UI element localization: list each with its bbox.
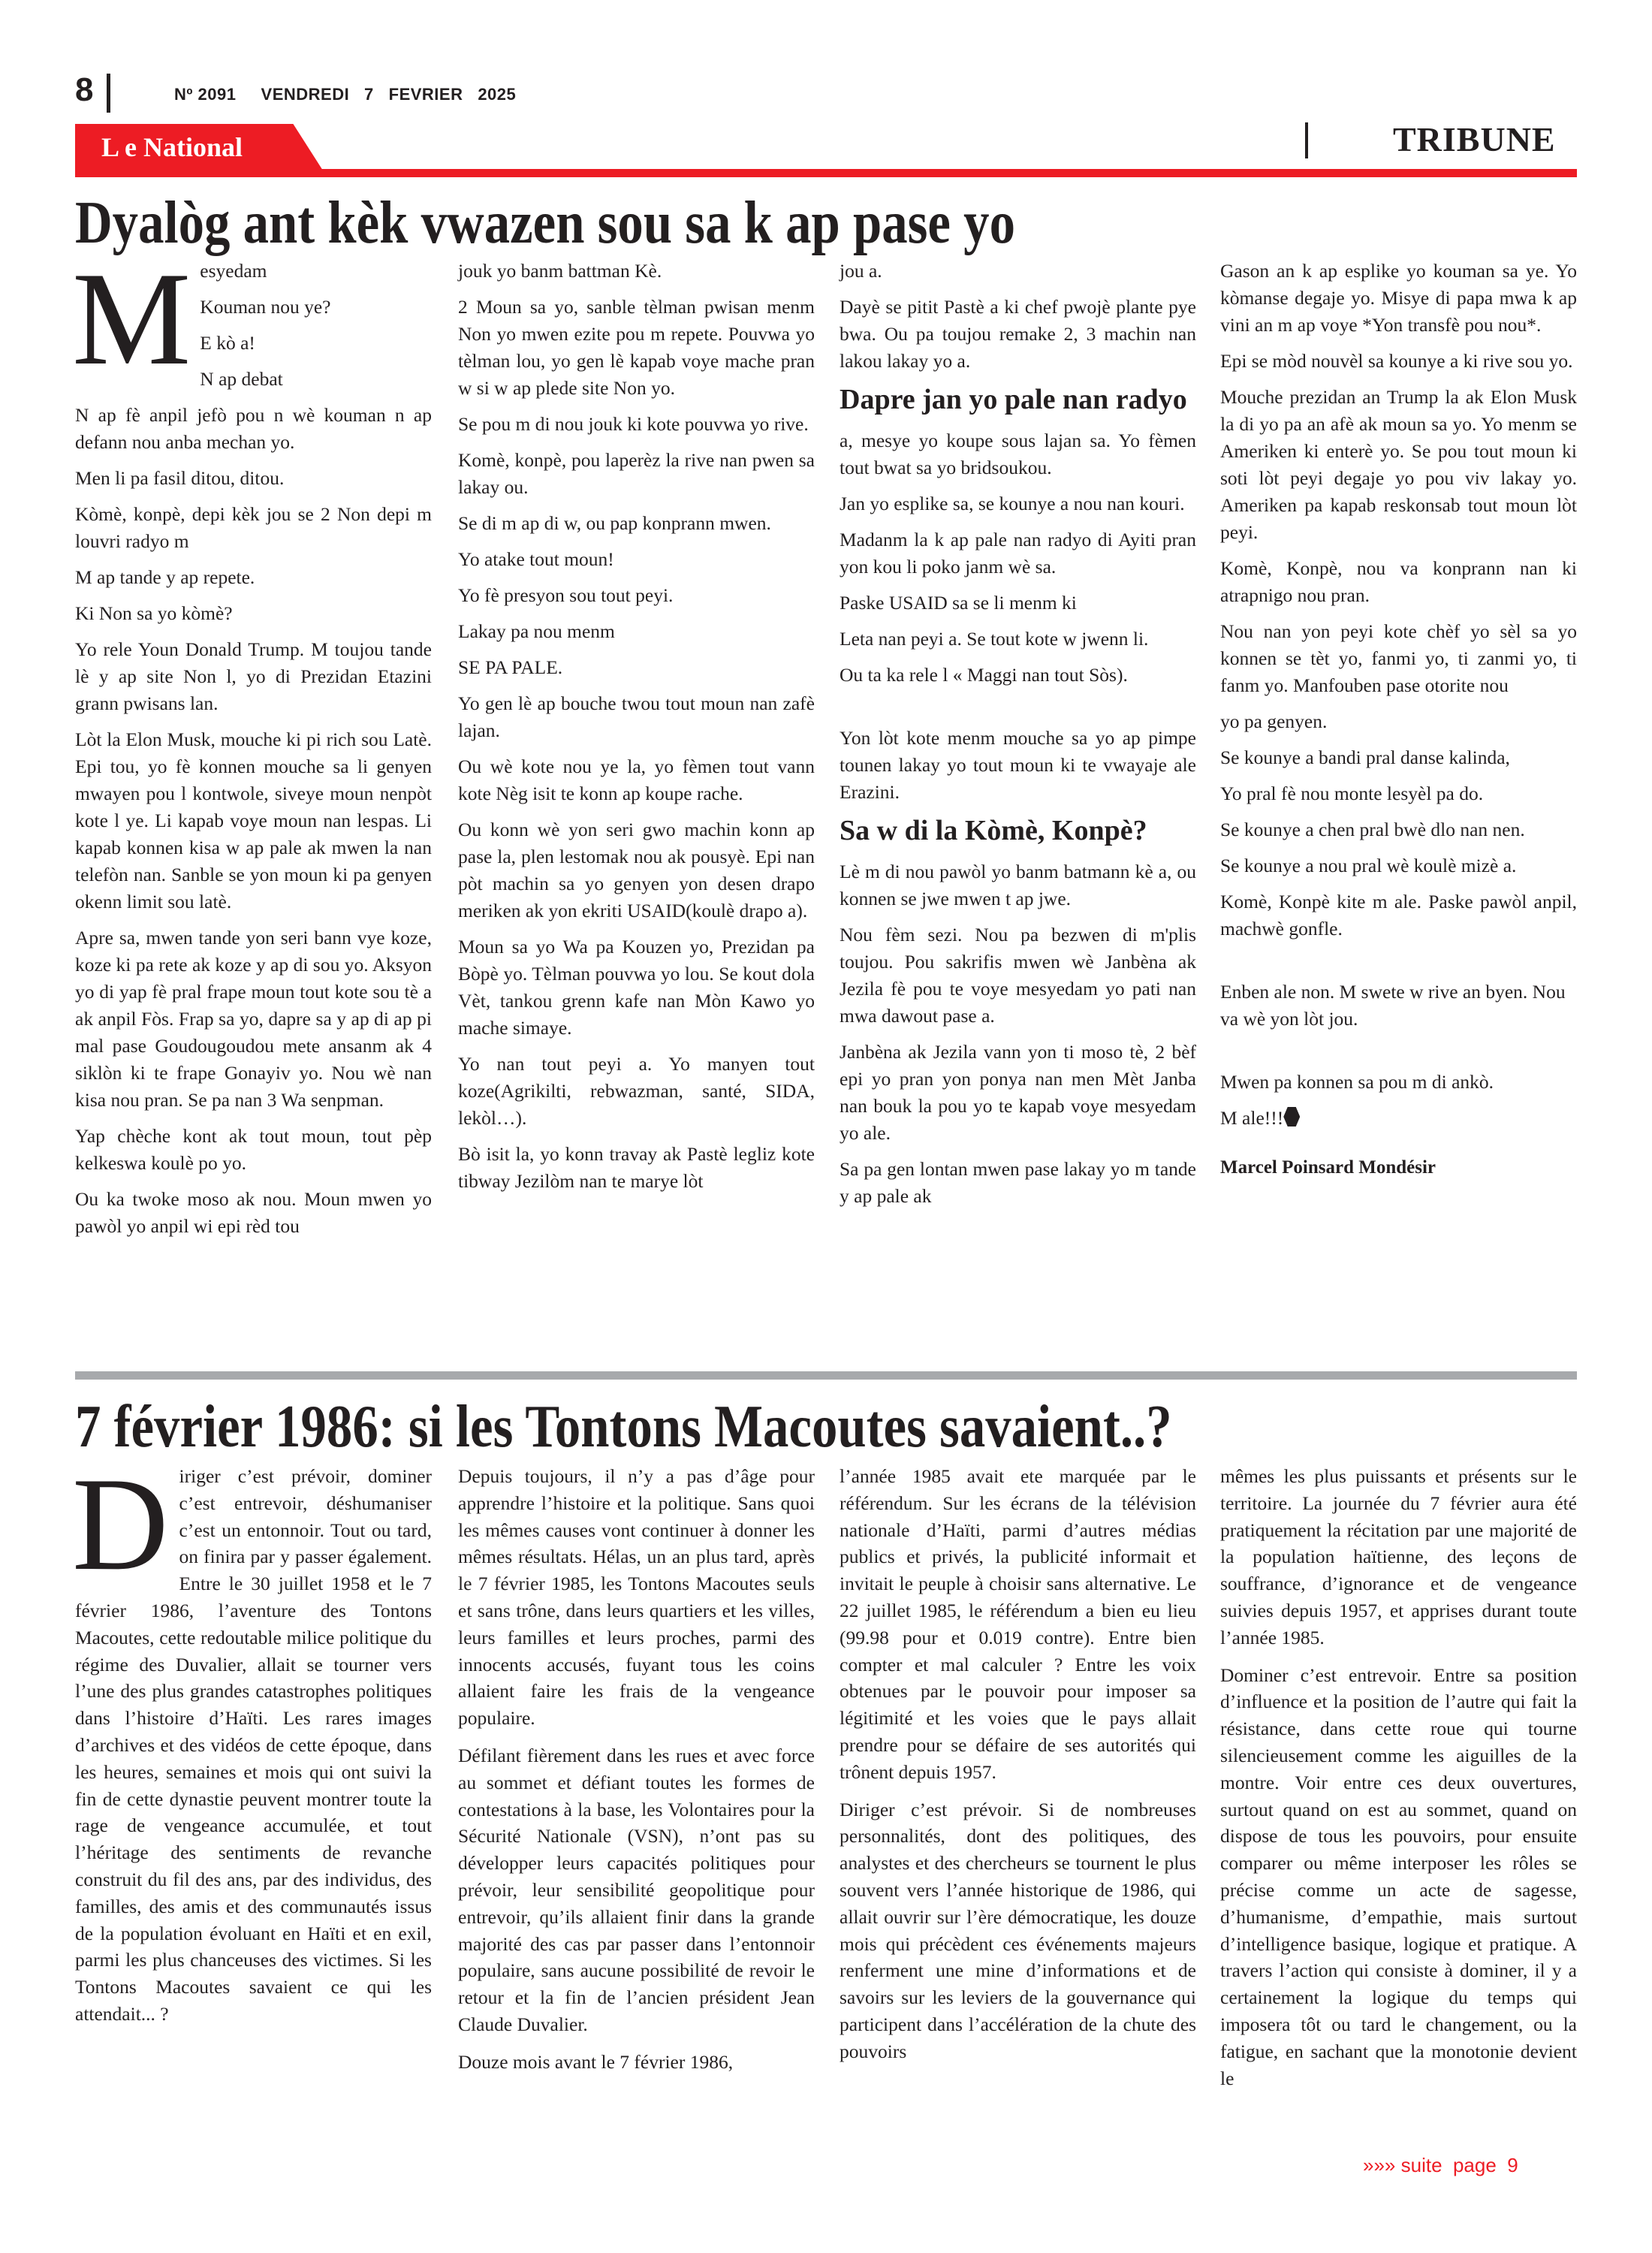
paragraph: SE PA PALE.	[458, 654, 815, 681]
paragraph: Nou nan yon peyi kote chèf yo sèl sa yo …	[1220, 618, 1577, 699]
paragraph: Yo pral fè nou monte lesyèl pa do.	[1220, 780, 1577, 807]
paragraph: Mouche prezidan an Trump la ak Elon Musk…	[1220, 384, 1577, 546]
paragraph: mêmes les plus puissants et présents sur…	[1220, 1463, 1577, 1651]
paragraph: Ou ka twoke moso ak nou. Moun mwen yo pa…	[75, 1186, 432, 1240]
paragraph: Se pou m di nou jouk ki kote pouvwa yo r…	[458, 411, 815, 438]
article1-column-4: Gason an k ap esplike yo kouman sa ye. Y…	[1220, 258, 1577, 1354]
paragraph: Kòmè, konpè, depi kèk jou se 2 Non depi …	[75, 501, 432, 555]
paragraph: Yo rele Youn Donald Trump. M toujou tand…	[75, 636, 432, 717]
article2-column-3: l’année 1985 avait ete marquée par le ré…	[840, 1463, 1196, 2154]
article2-column-2: Depuis toujours, il n’y a pas d’âge pour…	[458, 1463, 815, 2154]
article1-column-2: jouk yo banm battman Kè. 2 Moun sa yo, s…	[458, 258, 815, 1354]
paragraph: Ou wè kote nou ye la, yo fèmen tout vann…	[458, 753, 815, 807]
article2-column-4: mêmes les plus puissants et présents sur…	[1220, 1463, 1577, 2154]
subheading: Sa w di la Kòmè, Konpè?	[840, 816, 1196, 845]
paragraph: Bò isit la, yo konn travay ak Pastè legl…	[458, 1141, 815, 1195]
paragraph: Moun sa yo Wa pa Kouzen yo, Prezidan pa …	[458, 933, 815, 1042]
paragraph: Se kounye a nou pral wè koulè mizè a.	[1220, 852, 1577, 879]
paragraph: Yo gen lè ap bouche twou tout moun nan z…	[458, 690, 815, 744]
paragraph: Yo fè presyon sou tout peyi.	[458, 582, 815, 609]
paragraph: Jan yo esplike sa, se kounye a nou nan k…	[840, 490, 1196, 517]
paragraph: Dominer c’est entrevoir. Entre sa positi…	[1220, 1662, 1577, 2092]
dropcap: D	[72, 1467, 169, 1580]
article2-column-1: D iriger c’est prévoir, dominer c’est en…	[75, 1463, 432, 2154]
paragraph: Dayè se pitit Pastè a ki chef pwojè plan…	[840, 294, 1196, 375]
paragraph: Apre sa, mwen tande yon seri bann vye ko…	[75, 924, 432, 1114]
paragraph: a, mesye yo koupe sous lajan sa. Yo fème…	[840, 427, 1196, 481]
byline: Marcel Poinsard Mondésir	[1220, 1154, 1577, 1181]
paragraph: Douze mois avant le 7 février 1986,	[458, 2049, 815, 2076]
paragraph: Se kounye a bandi pral danse kalinda,	[1220, 744, 1577, 771]
paragraph: Men li pa fasil ditou, ditou.	[75, 465, 432, 492]
subheading: Dapre jan yo pale nan radyo	[840, 385, 1196, 414]
paragraph: Madanm la k ap pale nan radyo di Ayiti p…	[840, 526, 1196, 581]
red-rule	[75, 169, 1577, 177]
paragraph: Gason an k ap esplike yo kouman sa ye. Y…	[1220, 258, 1577, 339]
paragraph: N ap fè anpil jefò pou n wè kouman n ap …	[75, 402, 432, 456]
continued-on-page-link[interactable]: »»» suite page 9	[1363, 2154, 1518, 2177]
article1-headline: Dyalòg ant kèk vwazen sou sa k ap pase y…	[75, 189, 1015, 257]
end-mark-icon	[1283, 1107, 1300, 1126]
closing-text: M ale!!!	[1220, 1107, 1283, 1129]
paragraph: jou a.	[840, 258, 1196, 285]
article-divider	[75, 1371, 1577, 1380]
paragraph: Yap chèche kont ak tout moun, tout pèp k…	[75, 1123, 432, 1177]
paragraph: Leta nan peyi a. Se tout kote w jwenn li…	[840, 626, 1196, 653]
dropcap: M	[72, 262, 191, 375]
section-name: TRIBUNE	[1393, 120, 1556, 159]
paragraph: Yo atake tout moun!	[458, 546, 815, 573]
paragraph: Défilant fièrement dans les rues et avec…	[458, 1742, 815, 2038]
paragraph: Komè, Konpè kite m ale. Paske pawòl anpi…	[1220, 888, 1577, 943]
paragraph: Se kounye a chen pral bwè dlo nan nen.	[1220, 816, 1577, 843]
folio-divider	[107, 74, 110, 113]
article2-headline: 7 février 1986: si les Tontons Macoutes …	[75, 1393, 1172, 1461]
paragraph: Lakay pa nou menm	[458, 618, 815, 645]
paragraph: Komè, konpè, pou laperèz la rive nan pwe…	[458, 447, 815, 501]
article1-column-1: M esyedam Kouman nou ye? E kò a! N ap de…	[75, 258, 432, 1354]
publication-name: L e National	[101, 132, 243, 162]
paragraph: Ou ta ka rele l « Maggi nan tout Sòs).	[840, 662, 1196, 689]
paragraph: Komè, Konpè, nou va konprann nan ki atra…	[1220, 555, 1577, 609]
paragraph: Enben ale non. M swete w rive an byen. N…	[1220, 979, 1577, 1033]
paragraph: 2 Moun sa yo, sanble tèlman pwisan menm …	[458, 294, 815, 402]
paragraph: Lòt la Elon Musk, mouche ki pi rich sou …	[75, 726, 432, 915]
paragraph: Epi se mòd nouvèl sa kounye a ki rive so…	[1220, 348, 1577, 375]
paragraph: M ap tande y ap repete.	[75, 564, 432, 591]
paragraph: Yon lòt kote menm mouche sa yo ap pimpe …	[840, 725, 1196, 806]
article1-column-3: jou a. Dayè se pitit Pastè a ki chef pwo…	[840, 258, 1196, 1354]
paragraph: jouk yo banm battman Kè.	[458, 258, 815, 285]
paragraph: Janbèna ak Jezila vann yon ti moso tè, 2…	[840, 1039, 1196, 1147]
paragraph: Ki Non sa yo kòmè?	[75, 600, 432, 627]
paragraph: Nou fèm sezi. Nou pa bezwen di m'plis to…	[840, 921, 1196, 1030]
paragraph: l’année 1985 avait ete marquée par le ré…	[840, 1463, 1196, 1786]
paragraph: Diriger c’est prévoir. Si de nombreuses …	[840, 1796, 1196, 2065]
page-number: 8	[75, 71, 93, 109]
paragraph: Se di m ap di w, ou pap konprann mwen.	[458, 510, 815, 537]
paragraph: yo pa genyen.	[1220, 708, 1577, 735]
section-divider	[1305, 122, 1308, 158]
paragraph: Lè m di nou pawòl yo banm batmann kè a, …	[840, 858, 1196, 912]
closing-line: M ale!!!	[1220, 1105, 1577, 1132]
paragraph: Paske USAID sa se li menm ki	[840, 590, 1196, 617]
paragraph: Depuis toujours, il n’y a pas d’âge pour…	[458, 1463, 815, 1732]
issue-date-line: Nº 2091 VENDREDI 7 FEVRIER 2025	[174, 85, 516, 104]
paragraph: Sa pa gen lontan mwen pase lakay yo m ta…	[840, 1156, 1196, 1210]
paragraph: Yo nan tout peyi a. Yo manyen tout koze(…	[458, 1051, 815, 1132]
paragraph: Mwen pa konnen sa pou m di ankò.	[1220, 1069, 1577, 1096]
paragraph: Ou konn wè yon seri gwo machin konn ap p…	[458, 816, 815, 924]
